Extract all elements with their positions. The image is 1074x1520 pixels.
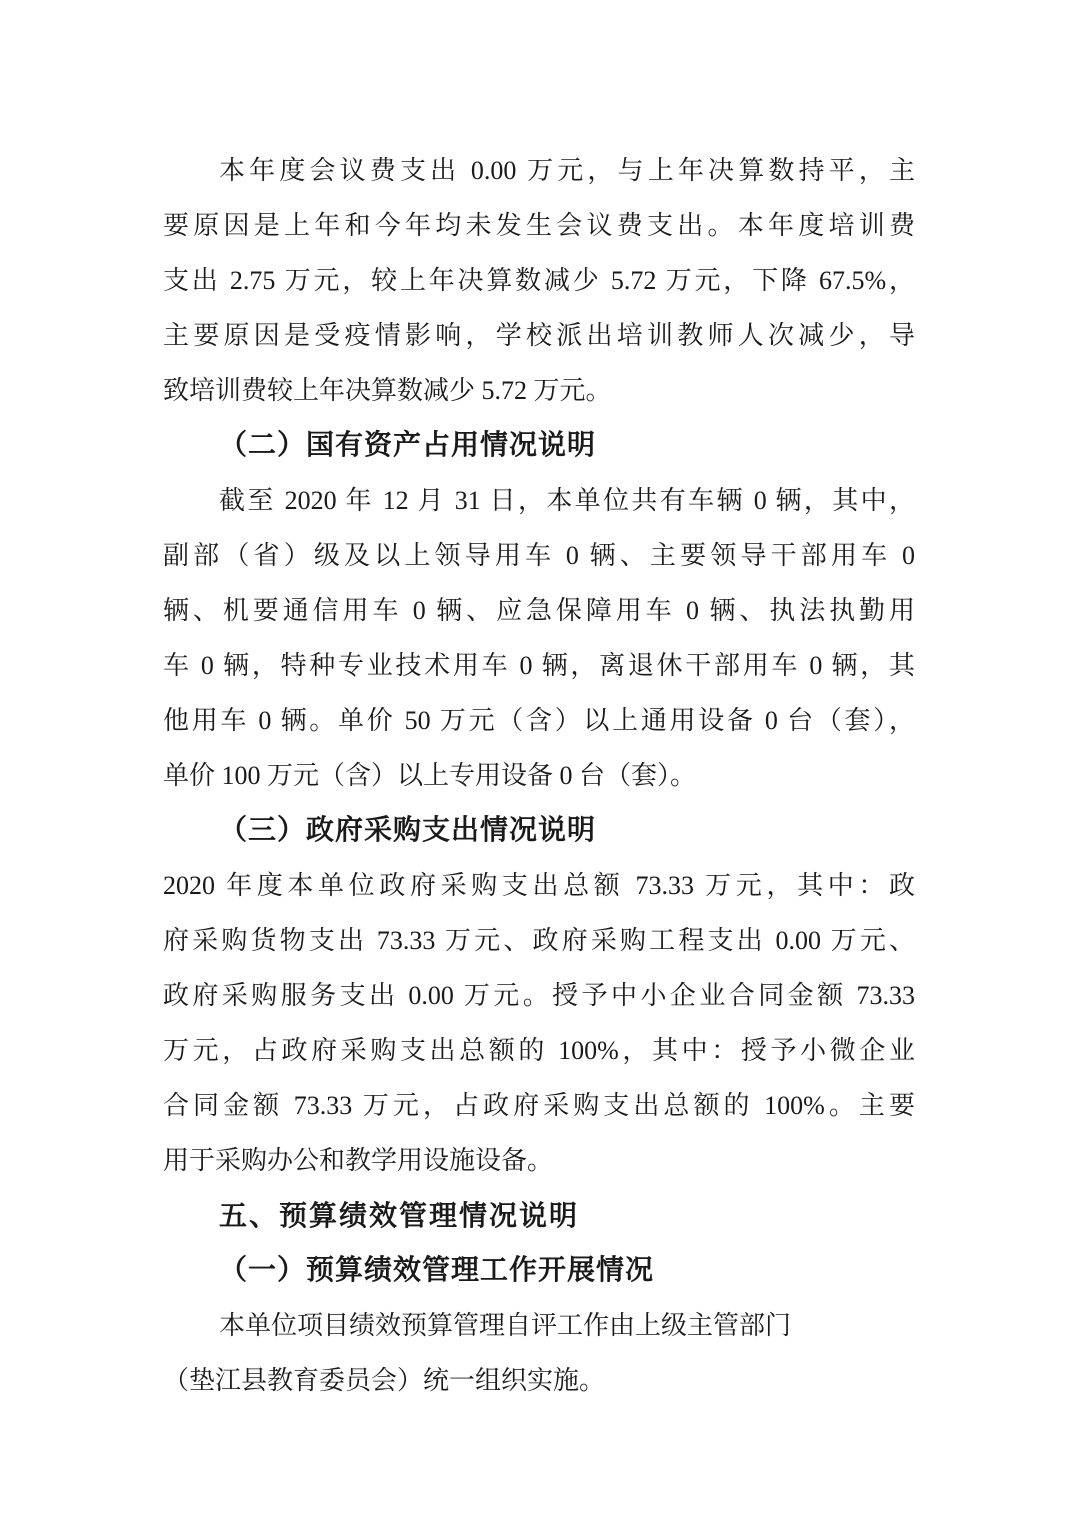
body-line-last: 用于采购办公和教学用设施设备。 — [163, 1133, 915, 1188]
body-line: 政府采购服务支出 0.00 万元。授予中小企业合同金额 73.33 — [163, 968, 915, 1023]
body-line-last: 致培训费较上年决算数减少 5.72 万元。 — [163, 363, 915, 418]
body-line: 支出 2.75 万元，较上年决算数减少 5.72 万元，下降 67.5%， — [163, 253, 915, 308]
section-heading-state-assets: （二）国有资产占用情况说明 — [163, 418, 915, 473]
body-line-last: 单价 100 万元（含）以上专用设备 0 台（套）。 — [163, 748, 915, 803]
body-line: 2020 年度本单位政府采购支出总额 73.33 万元，其中：政 — [163, 858, 915, 913]
body-line-last: （垫江县教育委员会）统一组织实施。 — [163, 1353, 915, 1408]
section-heading-procurement: （三）政府采购支出情况说明 — [163, 803, 915, 858]
body-line: 辆、机要通信用车 0 辆、应急保障用车 0 辆、执法执勤用 — [163, 583, 915, 638]
body-line: 主要原因是受疫情影响，学校派出培训教师人次减少，导 — [163, 308, 915, 363]
body-line: 车 0 辆，特种专业技术用车 0 辆，离退休干部用车 0 辆，其 — [163, 638, 915, 693]
body-line: 截至 2020 年 12 月 31 日，本单位共有车辆 0 辆，其中， — [163, 473, 915, 528]
body-line: 府采购货物支出 73.33 万元、政府采购工程支出 0.00 万元、 — [163, 913, 915, 968]
body-line: 要原因是上年和今年均未发生会议费支出。本年度培训费 — [163, 198, 915, 253]
body-line: 万元，占政府采购支出总额的 100%，其中：授予小微企业 — [163, 1023, 915, 1078]
body-line: 本年度会议费支出 0.00 万元，与上年决算数持平，主 — [163, 143, 915, 198]
document-page: 本年度会议费支出 0.00 万元，与上年决算数持平，主 要原因是上年和今年均未发… — [0, 0, 1074, 1520]
body-line: 本单位项目绩效预算管理自评工作由上级主管部门 — [163, 1298, 915, 1353]
body-line: 合同金额 73.33 万元，占政府采购支出总额的 100%。主要 — [163, 1078, 915, 1133]
section-heading-performance-work: （一）预算绩效管理工作开展情况 — [163, 1243, 915, 1298]
body-line: 副部（省）级及以上领导用车 0 辆、主要领导干部用车 0 — [163, 528, 915, 583]
chapter-heading-performance: 五、预算绩效管理情况说明 — [163, 1188, 915, 1243]
body-line: 他用车 0 辆。单价 50 万元（含）以上通用设备 0 台（套）， — [163, 693, 915, 748]
document-content: 本年度会议费支出 0.00 万元，与上年决算数持平，主 要原因是上年和今年均未发… — [163, 143, 915, 1408]
